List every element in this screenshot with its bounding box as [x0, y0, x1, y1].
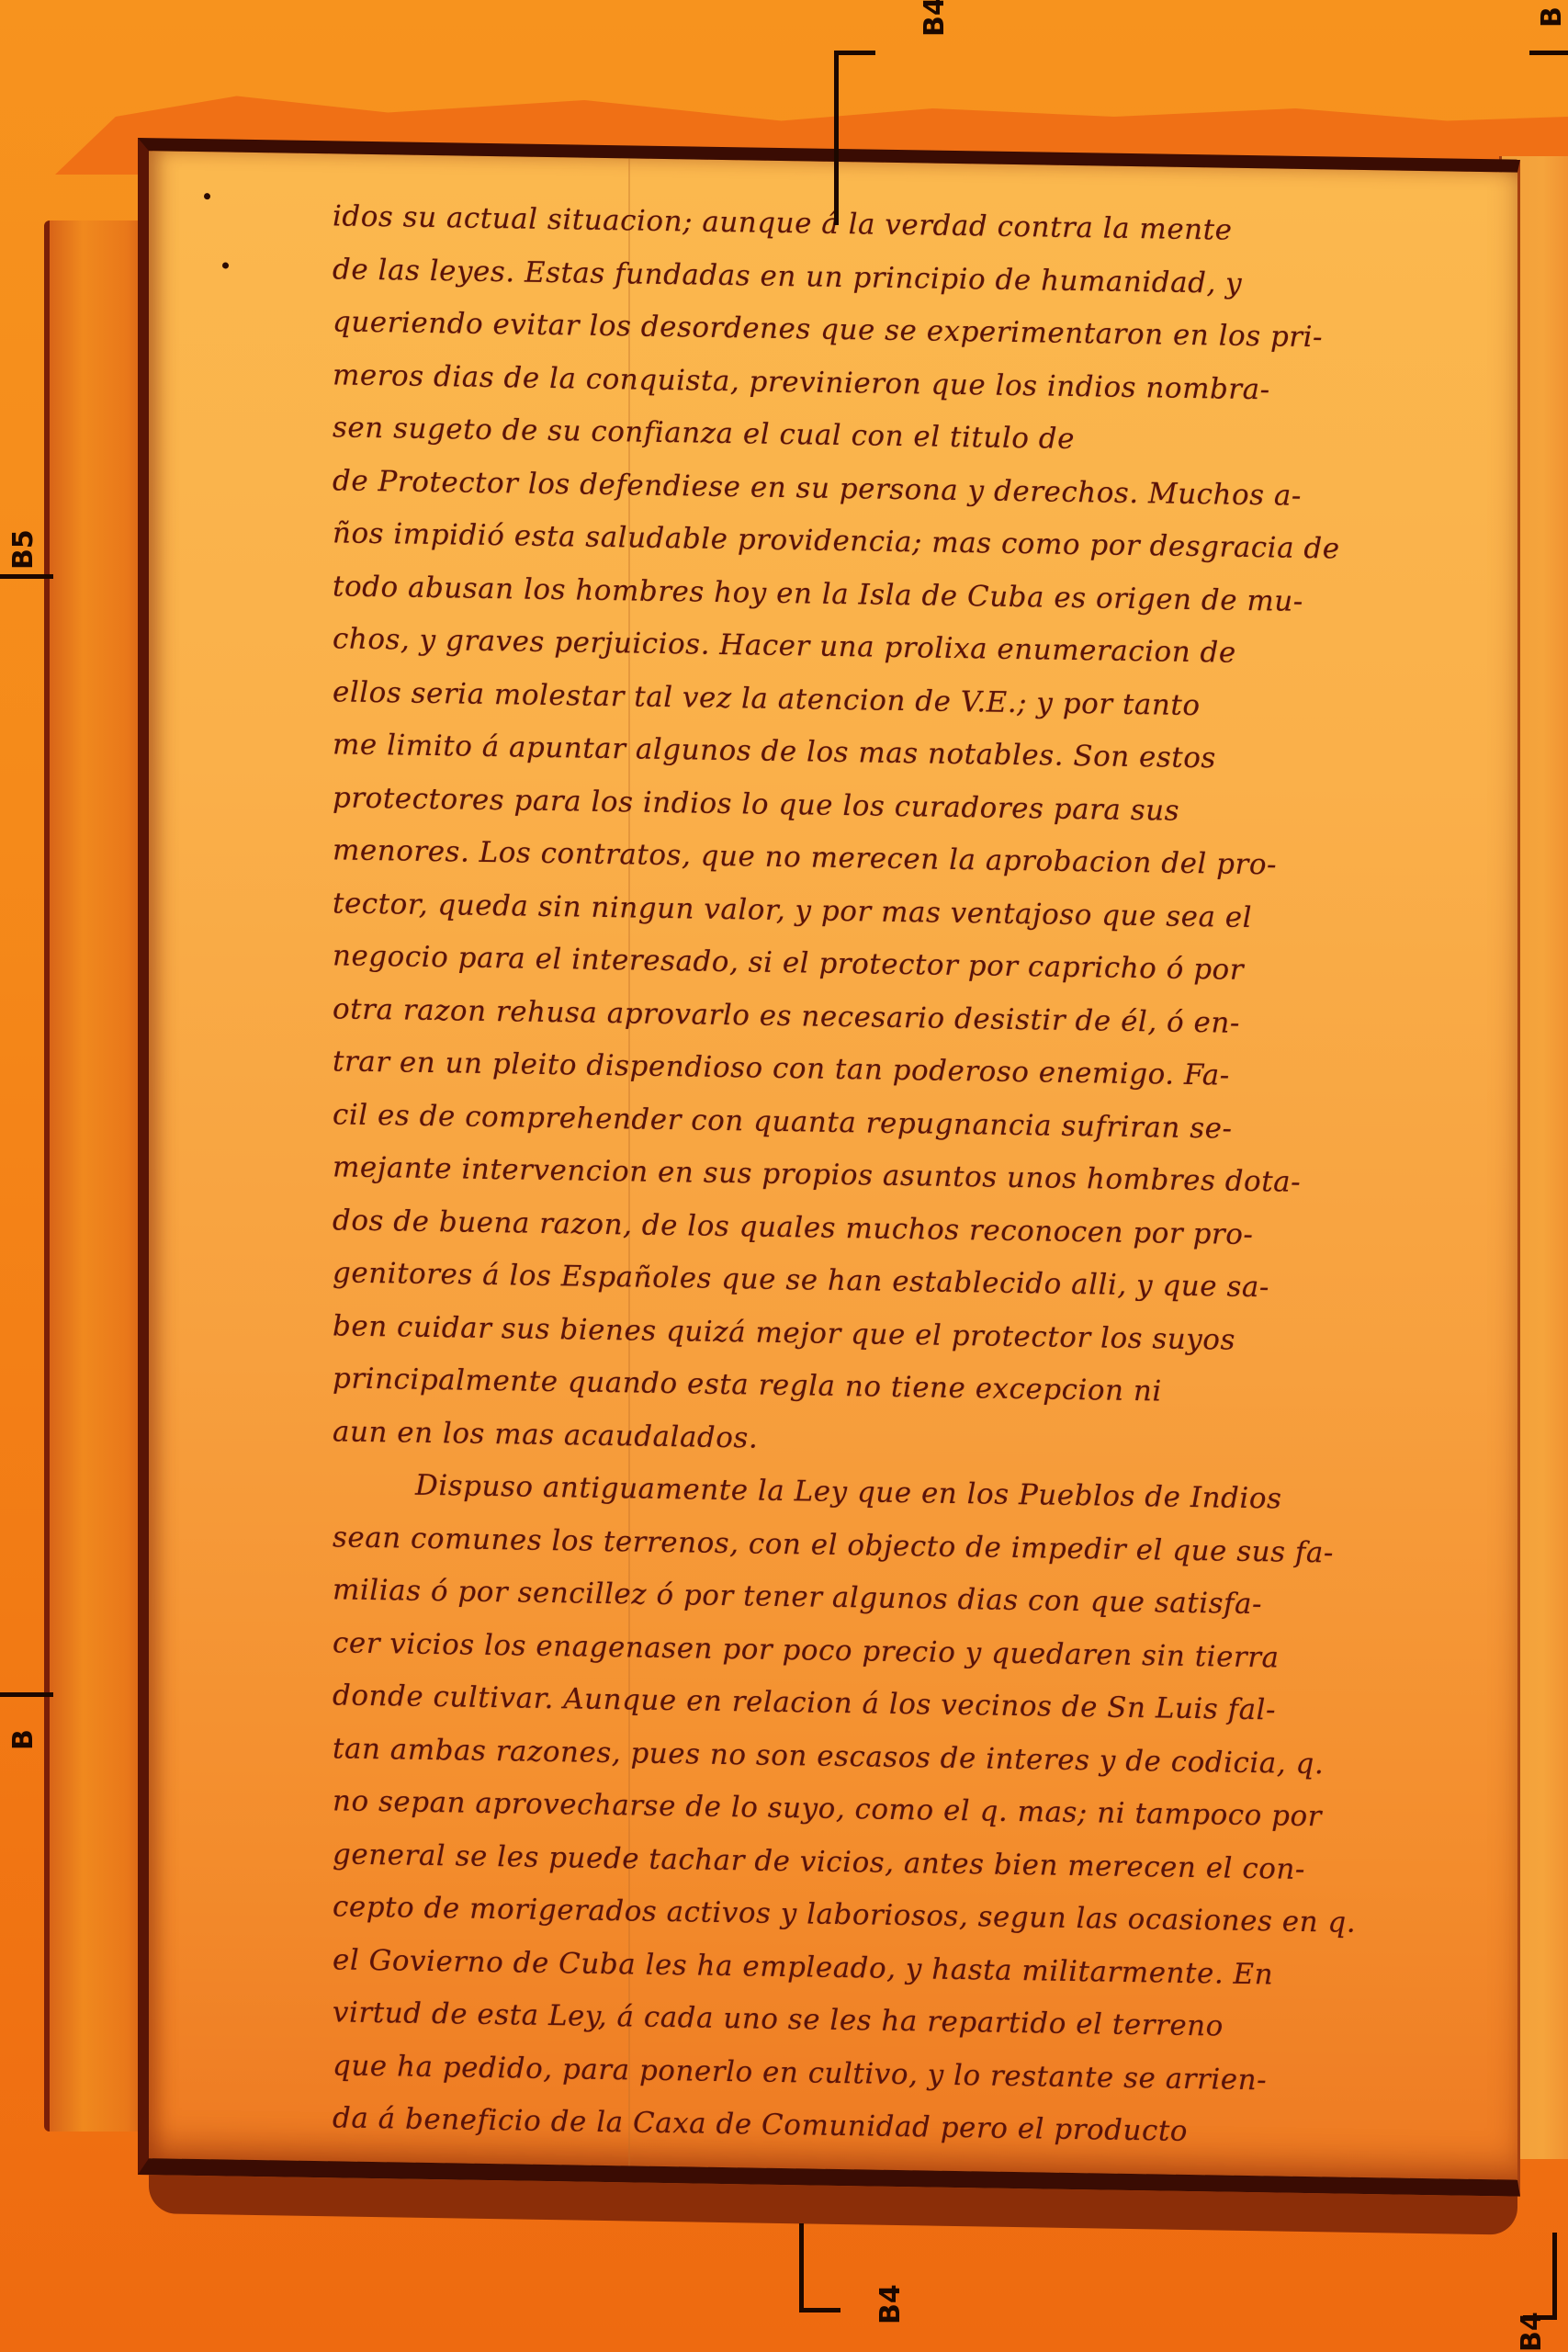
frame-marker-top: B4 — [919, 0, 951, 37]
ink-spot — [204, 193, 210, 199]
frame-marker-bottom: B4 — [874, 2284, 907, 2324]
manuscript-page: idos su actual situacion; aunque á la ve… — [138, 138, 1520, 2197]
frame-marker-left-lower: B — [7, 1729, 39, 1750]
ink-spot — [222, 262, 229, 268]
crop-mark-top-horizontal — [834, 51, 875, 55]
frame-marker-bottom-right: B4 — [1516, 2312, 1548, 2352]
crop-mark-left-upper — [0, 574, 53, 579]
crop-mark-bottom-vertical — [799, 2223, 804, 2311]
frame-marker-left-upper: B5 — [7, 529, 39, 570]
crop-mark-bottom-horizontal — [799, 2308, 840, 2312]
crop-mark-top-vertical — [834, 51, 839, 225]
frame-marker-top-right: B — [1536, 6, 1568, 28]
handwritten-text-block: idos su actual situacion; aunque á la ve… — [333, 190, 1508, 2164]
crop-mark-left-lower — [0, 1692, 53, 1697]
crop-mark-top-right — [1529, 51, 1568, 55]
crop-mark-bottom-right-vertical — [1552, 2233, 1557, 2320]
